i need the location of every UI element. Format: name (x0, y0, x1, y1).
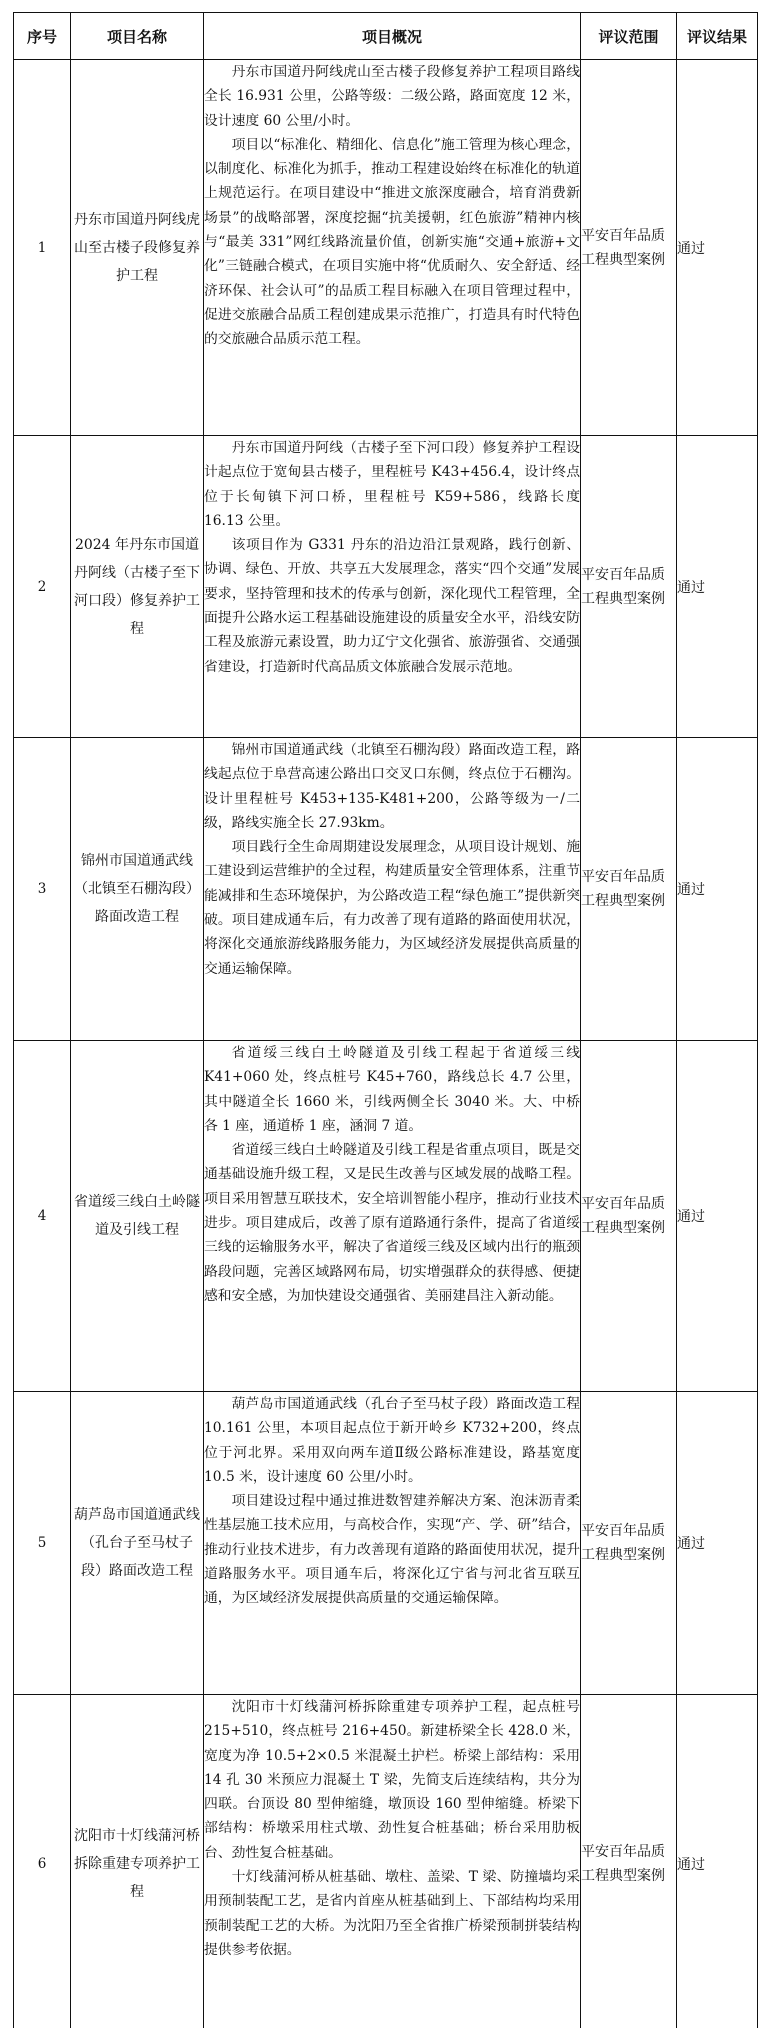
row-overview: 省道绥三线白土岭隧道及引线工程起于省道绥三线 K41+060 处，终点桩号 K4… (204, 1041, 581, 1392)
overview-paragraph: 丹东市国道丹阿线（古楼子至下河口段）修复养护工程设计起点位于宽甸县古楼子，里程桩… (204, 436, 580, 533)
row-result: 通过 (677, 738, 758, 1041)
row-project-name: 锦州市国道通武线（北镇至石棚沟段）路面改造工程 (71, 738, 204, 1041)
overview-paragraph: 沈阳市十灯线蒲河桥拆除重建专项养护工程，起点桩号 215+510，终点桩号 21… (204, 1695, 580, 1865)
overview-paragraph: 锦州市国道通武线（北镇至石棚沟段）路面改造工程，路线起点位于阜营高速公路出口交叉… (204, 738, 580, 835)
table-row: 4 省道绥三线白土岭隧道及引线工程 省道绥三线白土岭隧道及引线工程起于省道绥三线… (14, 1041, 758, 1392)
overview-paragraph: 项目以“标准化、精细化、信息化”施工管理为核心理念，以制度化、标准化为抓手，推动… (204, 133, 580, 352)
row-seq: 2 (14, 436, 71, 738)
row-project-name: 省道绥三线白土岭隧道及引线工程 (71, 1041, 204, 1392)
row-result: 通过 (677, 436, 758, 738)
row-result: 通过 (677, 1392, 758, 1695)
row-scope: 平安百年品质工程典型案例 (581, 1392, 677, 1695)
table-row: 6 沈阳市十灯线蒲河桥拆除重建专项养护工程 沈阳市十灯线蒲河桥拆除重建专项养护工… (14, 1695, 758, 2028)
row-overview: 葫芦岛市国道通武线（孔台子至马杖子段）路面改造工程 10.161 公里，本项目起… (204, 1392, 581, 1695)
header-overview: 项目概况 (204, 13, 581, 60)
row-scope: 平安百年品质工程典型案例 (581, 1041, 677, 1392)
row-scope: 平安百年品质工程典型案例 (581, 738, 677, 1041)
row-overview: 沈阳市十灯线蒲河桥拆除重建专项养护工程，起点桩号 215+510，终点桩号 21… (204, 1695, 581, 2028)
table-row: 1 丹东市国道丹阿线虎山至古楼子段修复养护工程 丹东市国道丹阿线虎山至古楼子段修… (14, 60, 758, 436)
overview-paragraph: 省道绥三线白土岭隧道及引线工程是省重点项目，既是交通基础设施升级工程，又是民生改… (204, 1138, 580, 1308)
table-row: 5 葫芦岛市国道通武线（孔台子至马杖子段）路面改造工程 葫芦岛市国道通武线（孔台… (14, 1392, 758, 1695)
overview-paragraph: 该项目作为 G331 丹东的沿边沿江景观路，践行创新、协调、绿色、开放、共享五大… (204, 533, 580, 679)
table-row: 2 2024 年丹东市国道丹阿线（古楼子至下河口段）修复养护工程 丹东市国道丹阿… (14, 436, 758, 738)
row-project-name: 葫芦岛市国道通武线（孔台子至马杖子段）路面改造工程 (71, 1392, 204, 1695)
row-result: 通过 (677, 1041, 758, 1392)
row-overview: 丹东市国道丹阿线（古楼子至下河口段）修复养护工程设计起点位于宽甸县古楼子，里程桩… (204, 436, 581, 738)
project-review-table: 序号 项目名称 项目概况 评议范围 评议结果 1 丹东市国道丹阿线虎山至古楼子段… (13, 12, 758, 2028)
overview-paragraph: 丹东市国道丹阿线虎山至古楼子段修复养护工程项目路线全长 16.931 公里，公路… (204, 60, 580, 133)
overview-paragraph: 葫芦岛市国道通武线（孔台子至马杖子段）路面改造工程 10.161 公里，本项目起… (204, 1392, 580, 1489)
row-overview: 锦州市国道通武线（北镇至石棚沟段）路面改造工程，路线起点位于阜营高速公路出口交叉… (204, 738, 581, 1041)
header-seq: 序号 (14, 13, 71, 60)
row-scope: 平安百年品质工程典型案例 (581, 60, 677, 436)
row-overview: 丹东市国道丹阿线虎山至古楼子段修复养护工程项目路线全长 16.931 公里，公路… (204, 60, 581, 436)
row-seq: 5 (14, 1392, 71, 1695)
header-name: 项目名称 (71, 13, 204, 60)
row-result: 通过 (677, 60, 758, 436)
overview-paragraph: 十灯线蒲河桥从桩基础、墩柱、盖梁、T 梁、防撞墙均采用预制装配工艺，是省内首座从… (204, 1865, 580, 1962)
row-project-name: 2024 年丹东市国道丹阿线（古楼子至下河口段）修复养护工程 (71, 436, 204, 738)
row-seq: 4 (14, 1041, 71, 1392)
overview-paragraph: 项目建设过程中通过推进数智建养解决方案、泡沫沥青柔性基层施工技术应用，与高校合作… (204, 1489, 580, 1610)
row-scope: 平安百年品质工程典型案例 (581, 436, 677, 738)
table-header-row: 序号 项目名称 项目概况 评议范围 评议结果 (14, 13, 758, 60)
row-project-name: 沈阳市十灯线蒲河桥拆除重建专项养护工程 (71, 1695, 204, 2028)
overview-paragraph: 项目践行全生命周期建设发展理念，从项目设计规划、施工建设到运营维护的全过程，构建… (204, 835, 580, 981)
row-seq: 3 (14, 738, 71, 1041)
row-scope: 平安百年品质工程典型案例 (581, 1695, 677, 2028)
row-project-name: 丹东市国道丹阿线虎山至古楼子段修复养护工程 (71, 60, 204, 436)
table-row: 3 锦州市国道通武线（北镇至石棚沟段）路面改造工程 锦州市国道通武线（北镇至石棚… (14, 738, 758, 1041)
row-result: 通过 (677, 1695, 758, 2028)
row-seq: 6 (14, 1695, 71, 2028)
header-scope: 评议范围 (581, 13, 677, 60)
row-seq: 1 (14, 60, 71, 436)
overview-paragraph: 省道绥三线白土岭隧道及引线工程起于省道绥三线 K41+060 处，终点桩号 K4… (204, 1041, 580, 1138)
header-result: 评议结果 (677, 13, 758, 60)
